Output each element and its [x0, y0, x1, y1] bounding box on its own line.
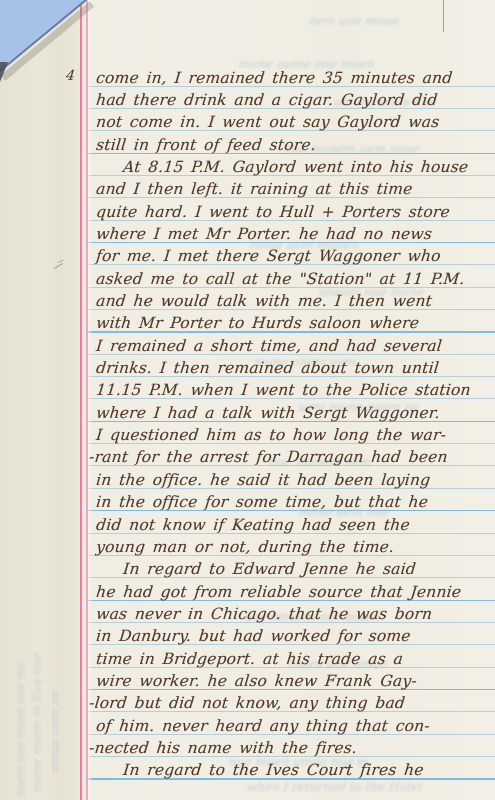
backing-page-edge-line [443, 0, 444, 32]
handwritten-line: with Mr Porter to Hurds saloon where [95, 312, 420, 334]
show-through-text: when I returned to the Hotel [246, 780, 423, 794]
manuscript-page: nem une mnuemune uume nne muenum muneum … [0, 0, 495, 800]
handwritten-line: -lord but did not know, any thing bad [88, 692, 406, 714]
handwritten-line: drinks. I then remained about town until [95, 357, 440, 379]
handwritten-line: At 8.15 P.M. Gaylord went into his house [122, 156, 469, 178]
handwritten-line: young man or not, during the time. [95, 536, 395, 558]
handwritten-line: in the office. he said it had been layin… [95, 469, 431, 491]
handwritten-line: in Danbury. but had worked for some [95, 625, 412, 647]
handwritten-line: -rant for the arrest for Darragan had be… [88, 446, 449, 468]
handwritten-line: and he would talk with me. I then went [95, 290, 433, 312]
handwritten-line: was never in Chicago. that he was born [95, 603, 433, 625]
page-number: 4 [65, 68, 76, 84]
paper-crease [54, 0, 57, 800]
handwritten-line: for me. I met there Sergt Waggoner who [95, 245, 442, 267]
show-through-squiggle: mune nuem m Esq nue [30, 652, 44, 793]
handwritten-line: -nected his name with the fires. [88, 737, 358, 759]
handwritten-line: where I met Mr Porter. he had no news [95, 223, 433, 245]
handwritten-line: of him. never heard any thing that con- [95, 715, 431, 737]
handwritten-line: In regard to the Ives Court fires he [122, 759, 425, 781]
handwritten-line: asked me to call at the "Station" at 11 … [95, 268, 466, 290]
handwritten-line: I remained a short time, and had several [95, 335, 443, 357]
handwritten-line: in the office for some time, but that he [95, 491, 429, 513]
handwritten-line: quite hard. I went to Hull + Porters sto… [95, 201, 451, 223]
handwritten-line: 11.15 P.M. when I went to the Police sta… [95, 379, 472, 401]
handwritten-line: where I had a talk with Sergt Waggoner. [95, 402, 441, 424]
margin-line-outer [80, 0, 82, 800]
handwritten-line: had there drink and a cigar. Gaylord did [95, 89, 439, 111]
handwritten-line: time in Bridgeport. at his trade as a [95, 648, 404, 670]
fold-crease-highlight [88, 0, 93, 800]
show-through-squiggle: nem une mnue [308, 14, 400, 28]
handwritten-line: come in, I remained there 35 minutes and [95, 67, 454, 89]
handwritten-line: wire worker. he also knew Frank Gay- [95, 670, 418, 692]
show-through-squiggle: nuem une muen nue mu [14, 661, 27, 797]
handwritten-line: did not know if Keating had seen the [95, 514, 411, 536]
handwritten-line: not come in. I went out say Gaylord was [95, 111, 441, 133]
handwritten-line: he had got from reliable source that Jen… [95, 581, 462, 603]
handwritten-line: and I then left. it raining at this time [95, 178, 414, 200]
handwritten-line: In regard to Edward Jenne he said [122, 558, 417, 580]
corner-fold-triangle [0, 0, 110, 95]
handwritten-line: still in front of feed store. [95, 134, 317, 156]
handwritten-line: I questioned him as to how long the war- [95, 424, 447, 446]
